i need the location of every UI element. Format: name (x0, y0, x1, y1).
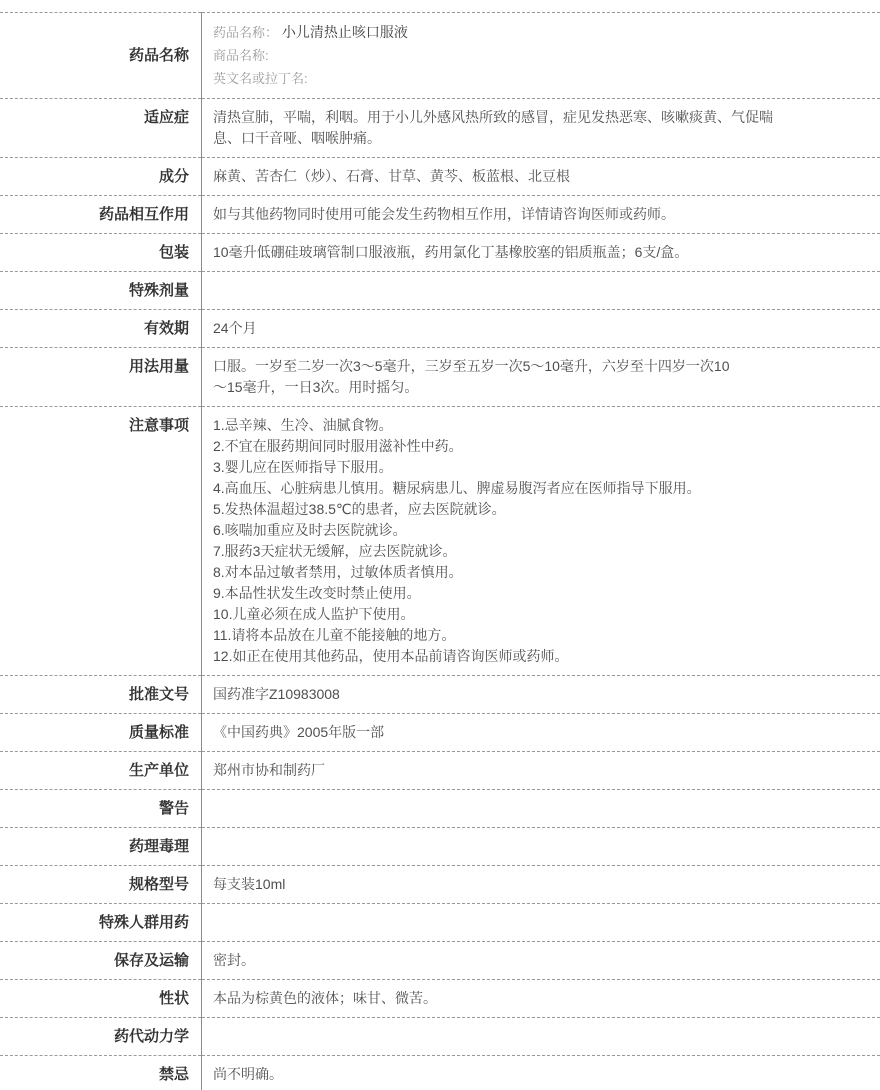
name-field-line: 英文名或拉丁名: (213, 67, 864, 90)
row-label-cell: 注意事项 (0, 407, 202, 676)
row-label: 生产单位 (129, 762, 189, 779)
table-row: 保存及运输 密封。 (0, 942, 880, 980)
table-row: 成分 麻黄、苦杏仁（炒）、石膏、甘草、黄芩、板蓝根、北豆根 (0, 158, 880, 196)
row-label: 特殊人群用药 (99, 914, 189, 931)
row-value-cell: 《中国药典》2005年版一部 (202, 714, 880, 752)
row-label: 药品相互作用 (99, 206, 189, 223)
note-item: 8.对本品过敏者禁用，过敏体质者慎用。 (213, 562, 864, 583)
row-label-cell: 保存及运输 (0, 942, 202, 980)
note-item: 9.本品性状发生改变时禁止使用。 (213, 583, 864, 604)
row-label: 成分 (159, 168, 189, 185)
row-label: 用法用量 (129, 358, 189, 375)
table-row: 有效期 24个月 (0, 310, 880, 348)
note-item: 4.高血压、心脏病患儿慎用。糖尿病患儿、脾虚易腹泻者应在医师指导下服用。 (213, 478, 864, 499)
table-row: 药品相互作用 如与其他药物同时使用可能会发生药物相互作用，详情请咨询医师或药师。 (0, 196, 880, 234)
row-label-cell: 药代动力学 (0, 1018, 202, 1056)
row-label-cell: 特殊剂量 (0, 272, 202, 310)
table-row: 警告 (0, 790, 880, 828)
drug-table-body: 药品名称 药品名称： 小儿清热止咳口服液商品名称: 英文名或拉丁名: 适应症 清… (0, 13, 880, 1090)
row-value-cell: 口服。一岁至二岁一次3～5毫升，三岁至五岁一次5～10毫升，六岁至十四岁一次10… (202, 348, 880, 407)
row-label-cell: 适应症 (0, 99, 202, 158)
note-item: 11.请将本品放在儿童不能接触的地方。 (213, 625, 864, 646)
row-value-cell: 本品为棕黄色的液体；味甘、微苦。 (202, 980, 880, 1018)
row-value-cell: 清热宣肺，平喘，利咽。用于小儿外感风热所致的感冒，症见发热恶寒、咳嗽痰黄、气促喘… (202, 99, 880, 158)
row-label: 适应症 (144, 109, 189, 126)
row-label: 性状 (159, 990, 189, 1007)
row-label-cell: 生产单位 (0, 752, 202, 790)
row-label: 保存及运输 (114, 952, 189, 969)
table-row: 批准文号 国药准字Z10983008 (0, 676, 880, 714)
table-row: 质量标准 《中国药典》2005年版一部 (0, 714, 880, 752)
row-value-cell: 药品名称： 小儿清热止咳口服液商品名称: 英文名或拉丁名: (202, 13, 880, 99)
row-label: 药理毒理 (129, 838, 189, 855)
table-row: 注意事项 1.忌辛辣、生冷、油腻食物。2.不宜在服药期间同时服用滋补性中药。3.… (0, 407, 880, 676)
field-value: 小儿清热止咳口服液 (282, 24, 408, 40)
row-value-cell (202, 272, 880, 310)
row-label: 质量标准 (129, 724, 189, 741)
row-label-cell: 成分 (0, 158, 202, 196)
table-row: 适应症 清热宣肺，平喘，利咽。用于小儿外感风热所致的感冒，症见发热恶寒、咳嗽痰黄… (0, 99, 880, 158)
table-row: 特殊人群用药 (0, 904, 880, 942)
field-key: 英文名或拉丁名: (213, 71, 308, 86)
row-value-cell: 每支装10ml (202, 866, 880, 904)
row-label-cell: 包装 (0, 234, 202, 272)
row-label-cell: 药品名称 (0, 13, 202, 99)
row-label: 规格型号 (129, 876, 189, 893)
row-label: 药品名称 (129, 47, 189, 64)
row-value-cell: 1.忌辛辣、生冷、油腻食物。2.不宜在服药期间同时服用滋补性中药。3.婴儿应在医… (202, 407, 880, 676)
row-label-cell: 禁忌 (0, 1056, 202, 1090)
row-label: 警告 (159, 800, 189, 817)
row-label-cell: 有效期 (0, 310, 202, 348)
row-label-cell: 特殊人群用药 (0, 904, 202, 942)
table-row: 药理毒理 (0, 828, 880, 866)
drug-information-sheet: 药品名称 药品名称： 小儿清热止咳口服液商品名称: 英文名或拉丁名: 适应症 清… (0, 0, 880, 1090)
row-label: 禁忌 (159, 1066, 189, 1083)
row-label-cell: 性状 (0, 980, 202, 1018)
row-value-cell: 国药准字Z10983008 (202, 676, 880, 714)
field-key: 药品名称： (213, 25, 278, 40)
row-value-cell: 10毫升低硼硅玻璃管制口服液瓶，药用氯化丁基橡胶塞的铝质瓶盖；6支/盒。 (202, 234, 880, 272)
name-field-line: 商品名称: (213, 44, 864, 67)
note-item: 2.不宜在服药期间同时服用滋补性中药。 (213, 436, 864, 457)
drug-info-table: 药品名称 药品名称： 小儿清热止咳口服液商品名称: 英文名或拉丁名: 适应症 清… (0, 12, 880, 1090)
row-label-cell: 警告 (0, 790, 202, 828)
row-value-cell: 24个月 (202, 310, 880, 348)
note-item: 1.忌辛辣、生冷、油腻食物。 (213, 415, 864, 436)
row-label-cell: 药理毒理 (0, 828, 202, 866)
row-label: 批准文号 (129, 686, 189, 703)
row-label: 注意事项 (129, 417, 189, 434)
table-row: 药代动力学 (0, 1018, 880, 1056)
row-label-cell: 批准文号 (0, 676, 202, 714)
row-label: 特殊剂量 (129, 282, 189, 299)
row-value-cell: 麻黄、苦杏仁（炒）、石膏、甘草、黄芩、板蓝根、北豆根 (202, 158, 880, 196)
note-item: 12.如正在使用其他药品，使用本品前请咨询医师或药师。 (213, 646, 864, 667)
row-value-cell: 郑州市协和制药厂 (202, 752, 880, 790)
row-label-cell: 质量标准 (0, 714, 202, 752)
row-label: 药代动力学 (114, 1028, 189, 1045)
row-label: 有效期 (144, 320, 189, 337)
note-item: 7.服药3天症状无缓解，应去医院就诊。 (213, 541, 864, 562)
field-key: 商品名称: (213, 48, 269, 63)
note-item: 3.婴儿应在医师指导下服用。 (213, 457, 864, 478)
row-value-cell: 密封。 (202, 942, 880, 980)
row-label-cell: 药品相互作用 (0, 196, 202, 234)
row-label-cell: 规格型号 (0, 866, 202, 904)
row-value-cell (202, 1018, 880, 1056)
row-value-cell (202, 790, 880, 828)
row-value-cell (202, 828, 880, 866)
table-row: 药品名称 药品名称： 小儿清热止咳口服液商品名称: 英文名或拉丁名: (0, 13, 880, 99)
row-value-cell (202, 904, 880, 942)
table-row: 特殊剂量 (0, 272, 880, 310)
name-field-line: 药品名称： 小儿清热止咳口服液 (213, 21, 864, 44)
table-row: 用法用量 口服。一岁至二岁一次3～5毫升，三岁至五岁一次5～10毫升，六岁至十四… (0, 348, 880, 407)
row-value-cell: 如与其他药物同时使用可能会发生药物相互作用，详情请咨询医师或药师。 (202, 196, 880, 234)
table-row: 包装 10毫升低硼硅玻璃管制口服液瓶，药用氯化丁基橡胶塞的铝质瓶盖；6支/盒。 (0, 234, 880, 272)
note-item: 10.儿童必须在成人监护下使用。 (213, 604, 864, 625)
table-row: 性状 本品为棕黄色的液体；味甘、微苦。 (0, 980, 880, 1018)
note-item: 6.咳喘加重应及时去医院就诊。 (213, 520, 864, 541)
table-row: 生产单位 郑州市协和制药厂 (0, 752, 880, 790)
table-row: 禁忌 尚不明确。 (0, 1056, 880, 1090)
row-value-cell: 尚不明确。 (202, 1056, 880, 1090)
row-label: 包装 (159, 244, 189, 261)
note-item: 5.发热体温超过38.5℃的患者，应去医院就诊。 (213, 499, 864, 520)
table-row: 规格型号 每支装10ml (0, 866, 880, 904)
row-label-cell: 用法用量 (0, 348, 202, 407)
